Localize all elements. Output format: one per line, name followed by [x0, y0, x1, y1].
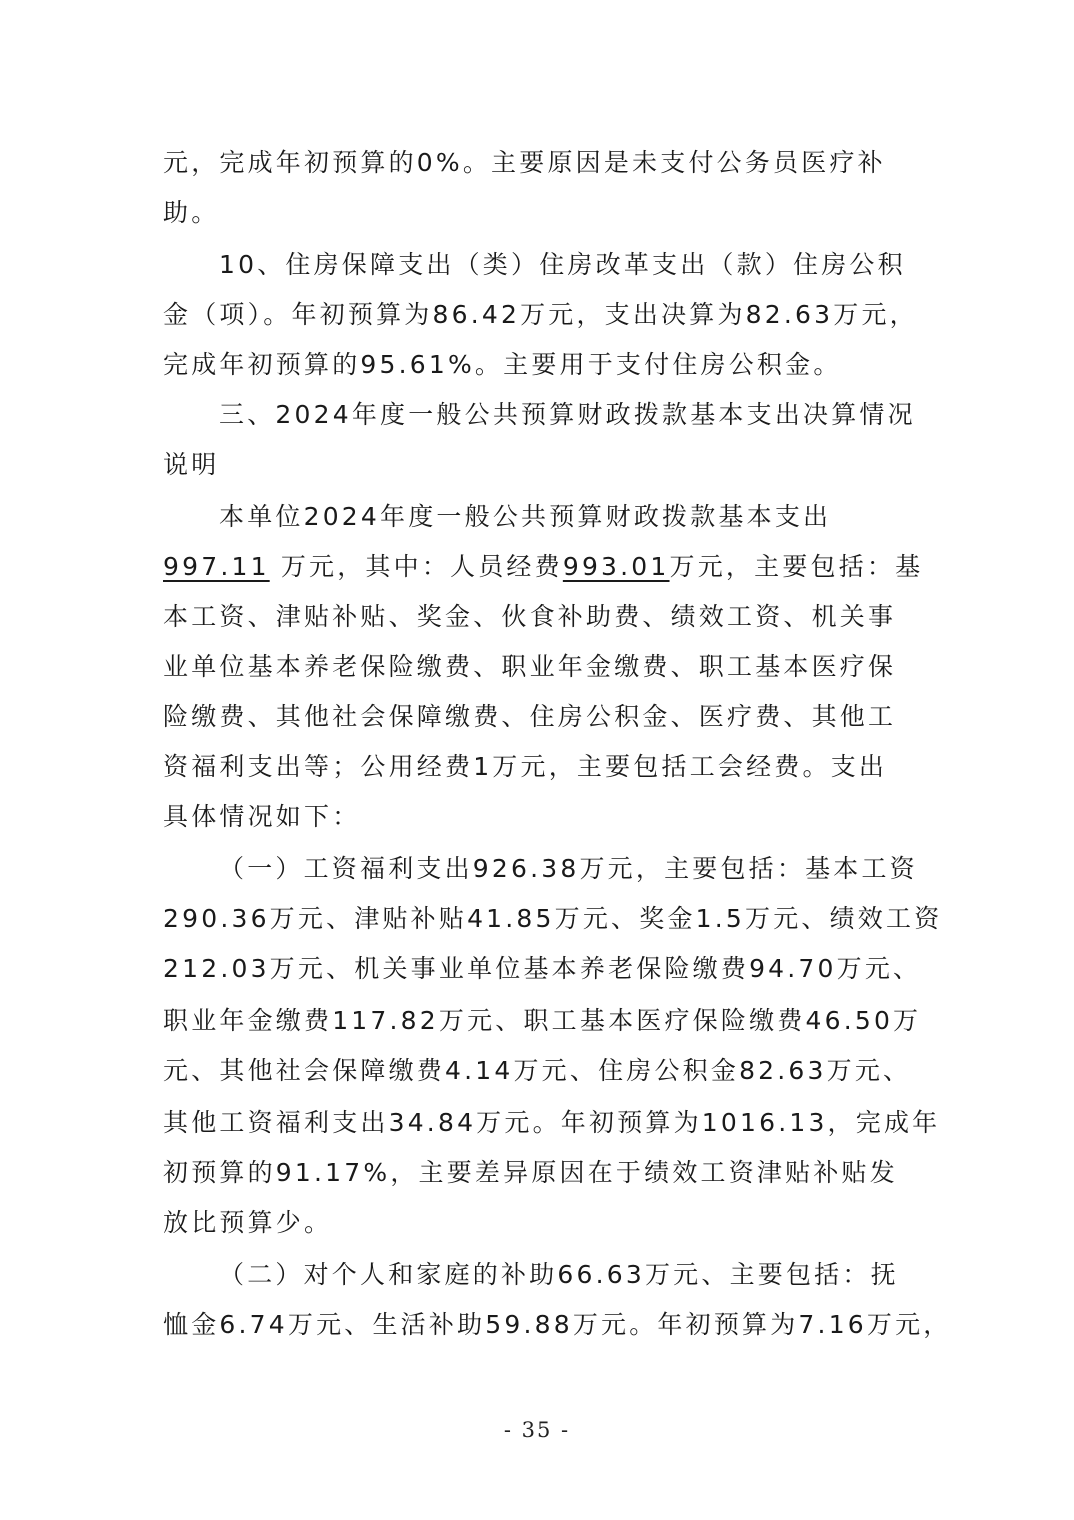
- personnel-expense-amount: 993.01: [563, 552, 670, 581]
- paragraph-line: 恤金6.74万元、生活补助59.88万元。年初预算为7.16万元，: [163, 1300, 913, 1350]
- document-page: 元，完成年初预算的0%。主要原因是未支付公务员医疗补 助。 10、住房保障支出（…: [0, 0, 1074, 1520]
- paragraph-line: 本单位2024年度一般公共预算财政拨款基本支出: [219, 492, 969, 542]
- paragraph-line: 212.03万元、机关事业单位基本养老保险缴费94.70万元、: [163, 944, 913, 994]
- basic-expense-summary-line: 997.11 万元，其中：人员经费993.01万元，主要包括：基: [163, 542, 913, 592]
- paragraph-line: 险缴费、其他社会保障缴费、住房公积金、医疗费、其他工: [163, 692, 913, 742]
- paragraph-line: 元，完成年初预算的0%。主要原因是未支付公务员医疗补: [163, 138, 913, 188]
- subsection-1-line: （一）工资福利支出926.38万元，主要包括：基本工资: [219, 844, 969, 894]
- paragraph-line: 职业年金缴费117.82万元、职工基本医疗保险缴费46.50万: [163, 996, 913, 1046]
- total-basic-expense-amount: 997.11: [163, 552, 270, 581]
- section-3-heading-cont: 说明: [163, 440, 913, 490]
- paragraph-line: 放比预算少。: [163, 1198, 913, 1248]
- paragraph-line: 金（项）。年初预算为86.42万元，支出决算为82.63万元，: [163, 290, 913, 340]
- paragraph-line: 助。: [163, 188, 913, 238]
- paragraph-line: 本工资、津贴补贴、奖金、伙食补助费、绩效工资、机关事: [163, 592, 913, 642]
- subsection-2-line: （二）对个人和家庭的补助66.63万元、主要包括：抚: [219, 1250, 969, 1300]
- item-10-heading-line: 10、住房保障支出（类）住房改革支出（款）住房公积: [219, 240, 969, 290]
- page-number: - 35 -: [0, 1418, 1074, 1442]
- paragraph-line: 资福利支出等；公用经费1万元，主要包括工会经费。支出: [163, 742, 913, 792]
- section-3-heading: 三、2024年度一般公共预算财政拨款基本支出决算情况: [219, 390, 969, 440]
- paragraph-line: 初预算的91.17%，主要差异原因在于绩效工资津贴补贴发: [163, 1148, 913, 1198]
- paragraph-line: 元、其他社会保障缴费4.14万元、住房公积金82.63万元、: [163, 1046, 913, 1096]
- paragraph-line: 290.36万元、津贴补贴41.85万元、奖金1.5万元、绩效工资: [163, 894, 913, 944]
- paragraph-line: 业单位基本养老保险缴费、职业年金缴费、职工基本医疗保: [163, 642, 913, 692]
- text-segment: 万元，其中：人员经费: [270, 552, 563, 581]
- paragraph-line: 具体情况如下：: [163, 792, 913, 842]
- text-segment: 万元，主要包括：基: [670, 552, 924, 581]
- paragraph-line: 其他工资福利支出34.84万元。年初预算为1016.13，完成年: [163, 1098, 913, 1148]
- paragraph-line: 完成年初预算的95.61%。主要用于支付住房公积金。: [163, 340, 913, 390]
